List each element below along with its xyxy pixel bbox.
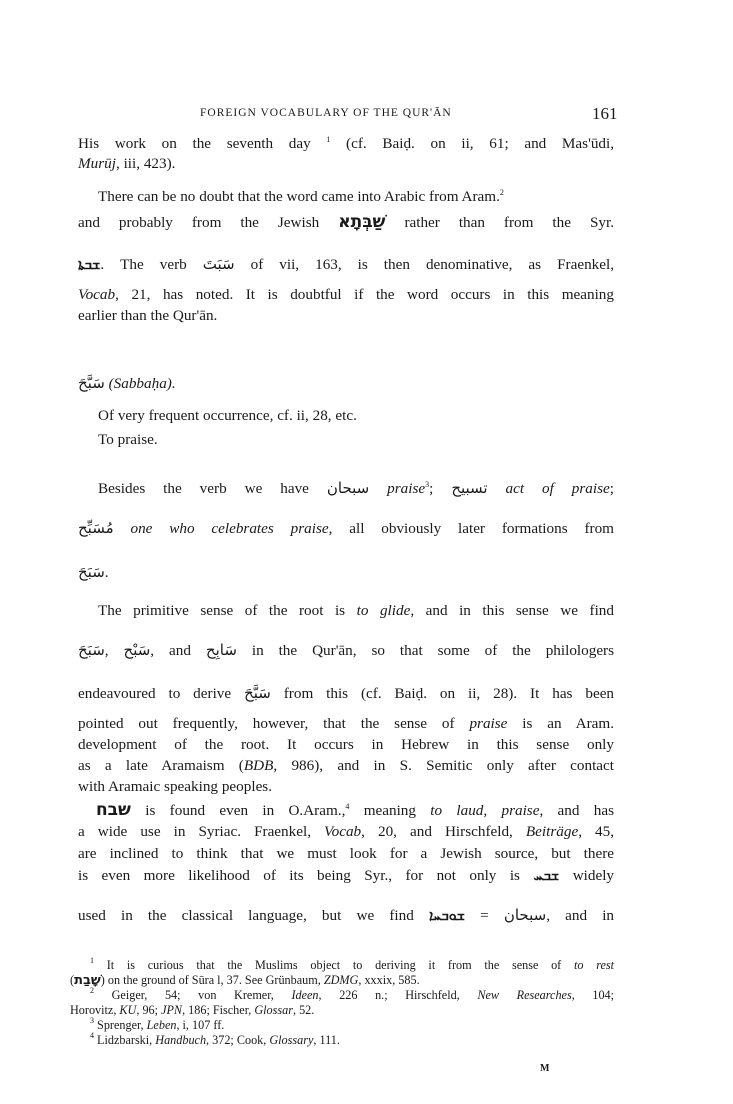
text-line: Vocab, 21, has noted. It is doubtful if … (78, 285, 614, 305)
footnote-1-cont: (שָׁבַת) on the ground of Sūra l, 37. Se… (70, 973, 614, 988)
text-line: endeavoured to derive سَبَّحَ from this … (78, 683, 614, 704)
text-line: There can be no doubt that the word came… (98, 187, 614, 207)
text-line: Murūj, iii, 423). (78, 154, 614, 174)
text-line: سَبَحَ. (78, 562, 614, 583)
signature-mark: M (540, 1063, 549, 1074)
text-line: used in the classical language, but we f… (78, 905, 614, 926)
arabic-word: سَبَتَ (203, 255, 235, 273)
page-number: 161 (592, 104, 618, 124)
footnote-3: 3 Sprenger, Leben, i, 107 ff. (90, 1018, 634, 1033)
text-line: with Aramaic speaking peoples. (78, 777, 614, 797)
footnote-2-cont: Horovitz, KU, 96; JPN, 186; Fischer, Glo… (70, 1003, 614, 1018)
text-line: and probably from the Jewish שַׁבְּתָא r… (78, 212, 614, 233)
text-line: ܫܒܬܐ. The verb سَبَتَ of vii, 163, is th… (78, 254, 614, 275)
text-line: مُسَبِّح one who celebrates praise, all … (78, 518, 614, 539)
hebrew-word: שַׁבְּתָא (338, 212, 385, 232)
footnote-2: 2 Geiger, 54; von Kremer, Ideen, 226 n.;… (90, 988, 614, 1003)
running-title: Foreign Vocabulary of the Qur'ān (200, 107, 452, 119)
footnote-1: 1 It is curious that the Muslims object … (90, 958, 614, 973)
text-line: His work on the seventh day 1 (cf. Baiḍ.… (78, 134, 614, 154)
text-line: are inclined to think that we must look … (78, 844, 614, 864)
text-line: a wide use in Syriac. Fraenkel, Vocab, 2… (78, 822, 614, 842)
text-line: is even more likelihood of its being Syr… (78, 866, 614, 886)
footnote-4: 4 Lidzbarski, Handbuch, 372; Cook, Gloss… (90, 1033, 634, 1048)
syriac-word: ܫܒܬܐ (78, 257, 100, 273)
text-line: as a late Aramaism (BDB, 986), and in S.… (78, 756, 614, 776)
text-line: Of very frequent occurrence, cf. ii, 28,… (98, 406, 634, 426)
text-line: The primitive sense of the root is to gl… (98, 601, 614, 621)
text-line: Besides the verb we have سبحان praise3; … (98, 478, 614, 499)
text-line: earlier than the Qur'ān. (78, 306, 614, 326)
text-line: pointed out frequently, however, that th… (78, 714, 614, 734)
text-line: To praise. (98, 430, 634, 450)
entry-heading: سَبَّحَ (Sabbaḥa). (78, 373, 614, 394)
text-line: development of the root. It occurs in He… (78, 735, 614, 755)
text-line: שבח is found even in O.Aram.,4 meaning t… (96, 800, 614, 821)
book-page: Foreign Vocabulary of the Qur'ān 161 His… (0, 0, 733, 1104)
text-line: سَبَحَ, سَبْح, and سَابِح in the Qur'ān,… (78, 640, 614, 661)
